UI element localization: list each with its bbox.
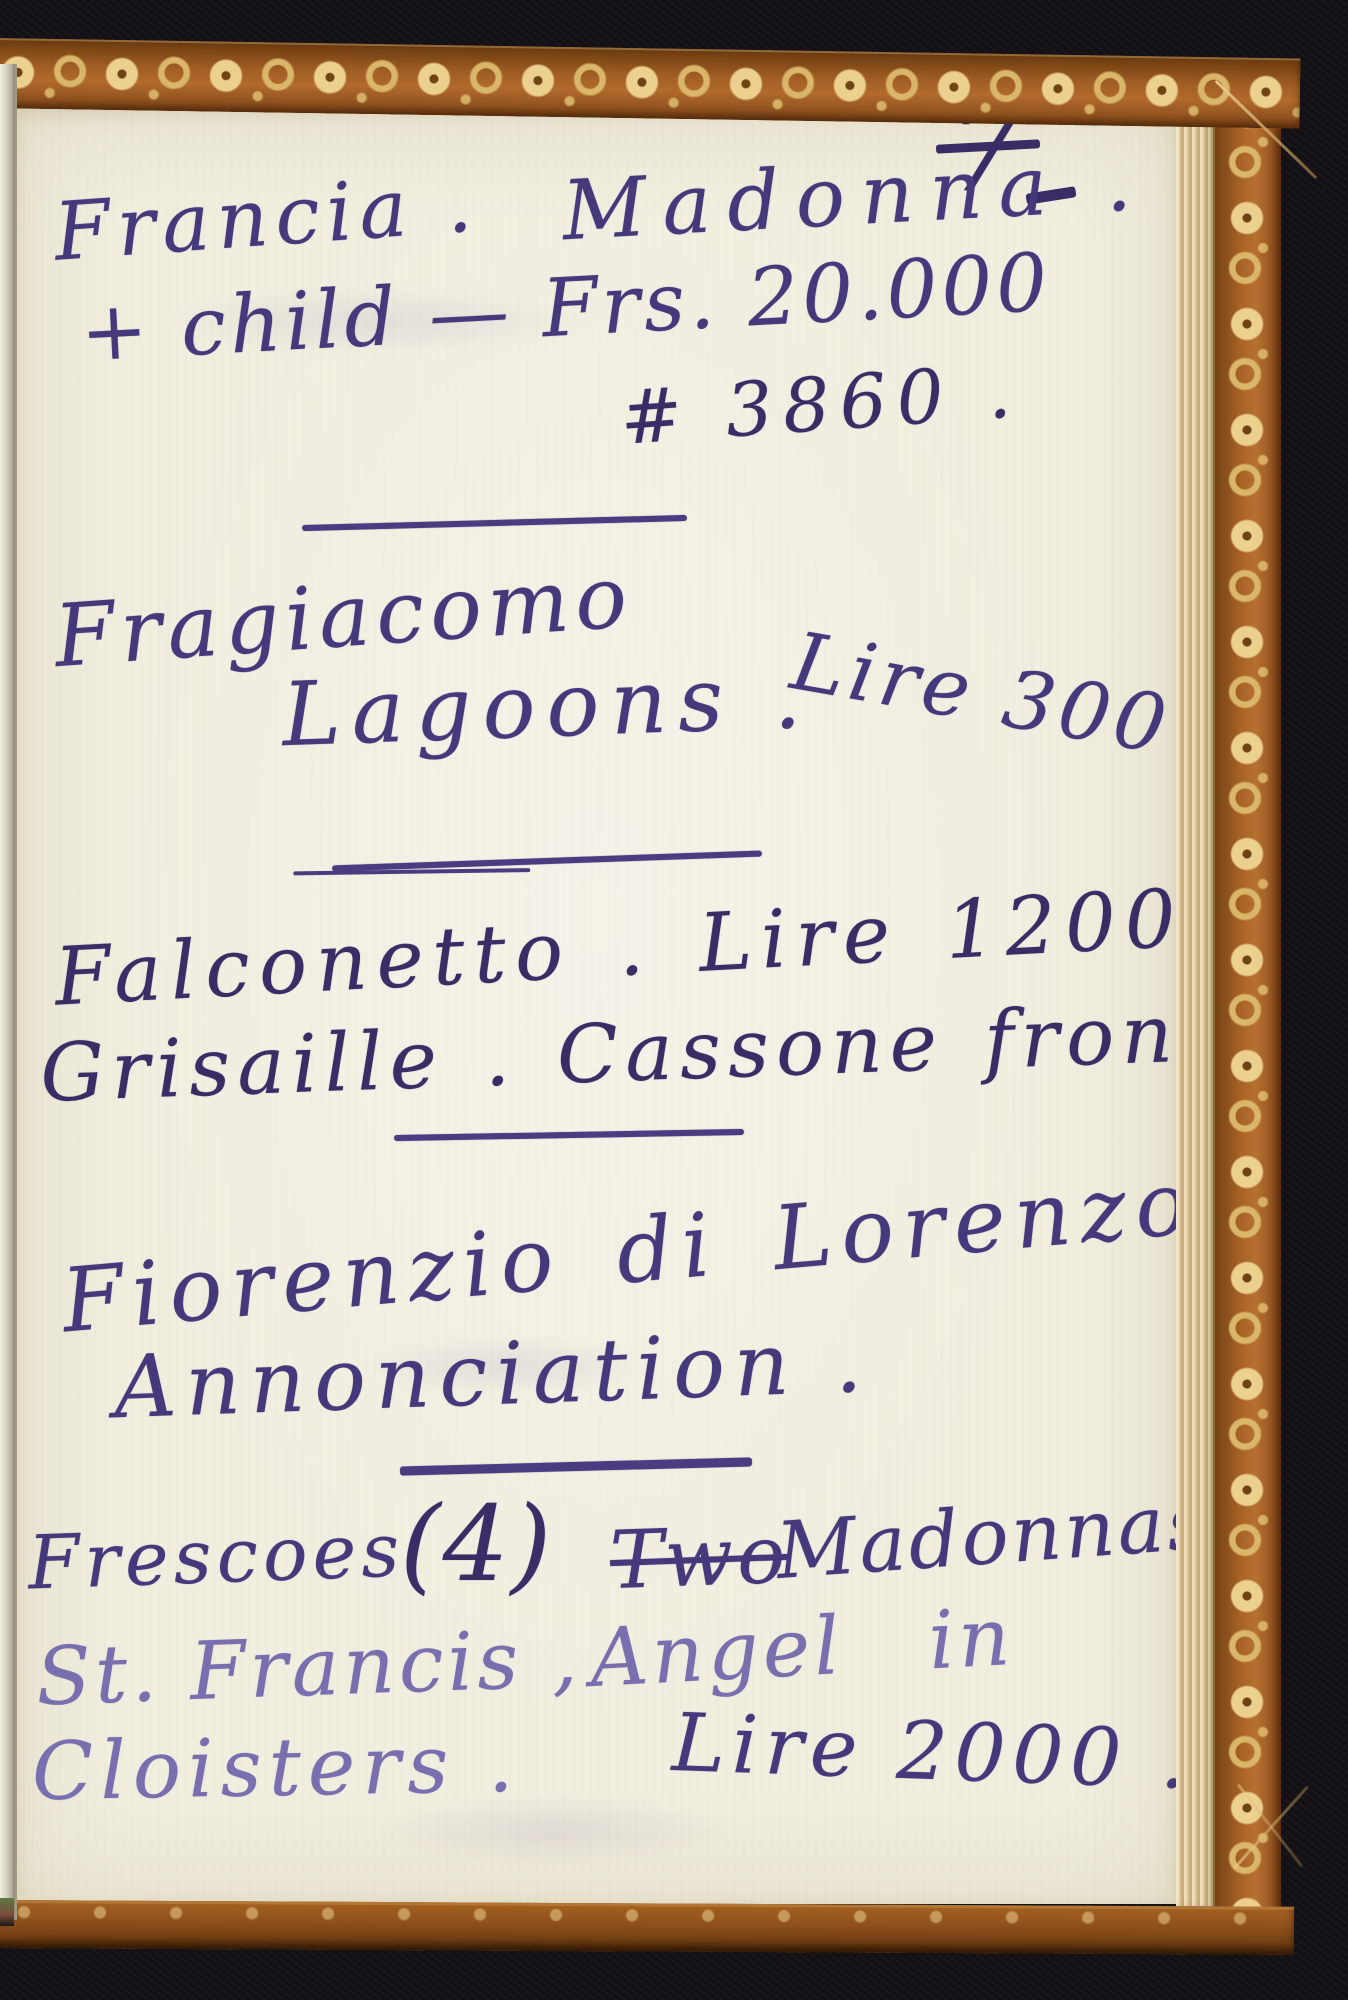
entry-francia-artist: Francia . [52, 163, 481, 272]
endpaper-sliver [0, 1898, 14, 1926]
entry-fiorenzo-line1: Fiorenzio di Lorenzo . [59, 1151, 1292, 1346]
entry-frescoes-label: Frescoes [27, 1513, 406, 1600]
ink-bleed-smudge [354, 1336, 654, 1396]
entry-frescoes-line2a: St. Francis , [35, 1619, 583, 1718]
entry-frescoes-price: Lire 2000 . [671, 1703, 1195, 1801]
divider-1 [302, 515, 687, 531]
entry-fragiacomo-work: Lagoons . [281, 653, 814, 759]
divider-2 [332, 850, 762, 871]
entry-frescoes-line3a: Cloisters . [31, 1724, 521, 1813]
entry-francia-work: Madonna . [560, 141, 1149, 254]
leather-binding-right [1213, 84, 1281, 1930]
notebook-page: 7 Francia . Madonna . + child — Frs. 20.… [14, 106, 1177, 1904]
entry-frescoes-struck-word: Two [609, 1515, 791, 1601]
leather-binding-bottom [0, 1900, 1294, 1955]
ink-bleed-smudge [374, 1796, 734, 1866]
ink-bleed-smudge [164, 286, 584, 356]
entry-frescoes-line2b: Angel in [588, 1597, 1016, 1699]
divider-4 [400, 1457, 752, 1475]
entry-fragiacomo-price: Lire 300 [786, 621, 1177, 766]
notebook-photo: 7 Francia . Madonna . + child — Frs. 20.… [0, 0, 1348, 2000]
entry-frescoes-count: (4) [400, 1492, 553, 1596]
entry-francia-number: # 3860 . [618, 354, 1023, 456]
divider-3 [394, 1129, 744, 1141]
page-gutter-edge [0, 64, 17, 1920]
book-fore-edge-pages [1176, 102, 1214, 1908]
